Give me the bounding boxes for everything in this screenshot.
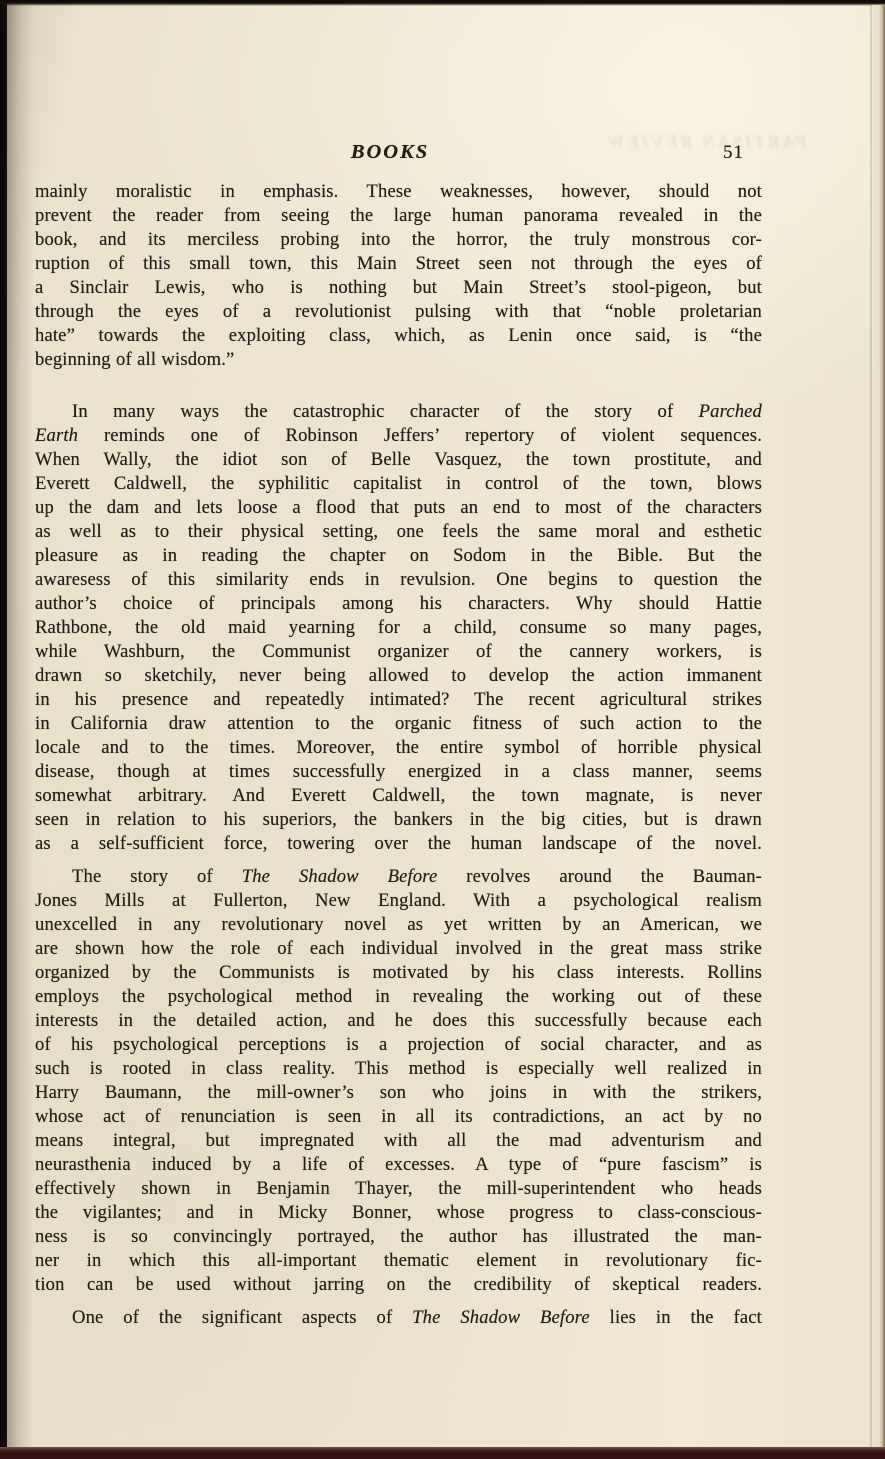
body-text: mainly moralistic in emphasis. These wea… (35, 180, 762, 1330)
text-line: somewhat arbitrary. And Everett Caldwell… (35, 784, 762, 808)
text-line: Harry Baumann, the mill-owner’s son who … (35, 1081, 762, 1105)
text-line: neurasthenia induced by a life of excess… (35, 1153, 762, 1177)
text-line: in his presence and repeatedly intimated… (35, 688, 762, 712)
text-line: pleasure as in reading the chapter on So… (35, 544, 762, 568)
text-line: mainly moralistic in emphasis. These wea… (35, 180, 762, 204)
text-line: of his psychological perceptions is a pr… (35, 1033, 762, 1057)
text-line: book, and its merciless probing into the… (35, 228, 762, 252)
text-line: The story of The Shadow Before revolves … (35, 865, 762, 889)
text-line: are shown how the role of each individua… (35, 937, 762, 961)
text-line: the vigilantes; and in Micky Bonner, who… (35, 1201, 762, 1225)
text-line: in California draw attention to the orga… (35, 712, 762, 736)
page-number: 51 (723, 142, 744, 164)
page-header: BOOKS 51 (35, 141, 762, 169)
paragraph: The story of The Shadow Before revolves … (35, 865, 762, 1297)
book-title-italic: The Shadow Before (242, 866, 438, 887)
text-line: ner in which this all-important thematic… (35, 1249, 762, 1273)
text-line: awaresess of this similarity ends in rev… (35, 568, 762, 592)
page-fore-edge (870, 5, 885, 1448)
paragraph: One of the significant aspects of The Sh… (35, 1306, 762, 1330)
scan-edge-left (0, 0, 7, 1459)
text-line: interests in the detailed action, and he… (35, 1009, 762, 1033)
spine-shadow (7, 0, 34, 1459)
text-line: Everett Caldwell, the syphilitic capital… (35, 472, 762, 496)
text-line: beginning of all wisdom.” (35, 348, 762, 372)
scan-edge-bottom (0, 1447, 885, 1459)
text-line: a Sinclair Lewis, who is nothing but Mai… (35, 276, 762, 300)
text-line: Earth reminds one of Robinson Jeffers’ r… (35, 424, 762, 448)
scanned-book-page: PARTISAN REVIEW BOOKS 51 mainly moralist… (0, 0, 885, 1459)
text-line: locale and to the times. Moreover, the e… (35, 736, 762, 760)
text-line: employs the psychological method in reve… (35, 985, 762, 1009)
text-line: as a self-sufficient force, towering ove… (35, 832, 762, 856)
book-title-italic: The Shadow Before (412, 1307, 590, 1328)
text-line: whose act of renunciation is seen in all… (35, 1105, 762, 1129)
text-line: through the eyes of a revolutionist puls… (35, 300, 762, 324)
text-line: organized by the Communists is motivated… (35, 961, 762, 985)
text-line: seen in relation to his superiors, the b… (35, 808, 762, 832)
scan-edge-top (0, 0, 885, 6)
text-line: prevent the reader from seeing the large… (35, 204, 762, 228)
paragraph: In many ways the catastrophic character … (35, 400, 762, 856)
text-line: while Washburn, the Communist organizer … (35, 640, 762, 664)
text-line: One of the significant aspects of The Sh… (35, 1306, 762, 1330)
text-line: hate” towards the exploiting class, whic… (35, 324, 762, 348)
running-title: BOOKS (35, 141, 745, 164)
text-line: drawn so sketchily, never being allowed … (35, 664, 762, 688)
text-line: unexcelled in any revolutionary novel as… (35, 913, 762, 937)
text-line: up the dam and lets loose a flood that p… (35, 496, 762, 520)
text-line: When Wally, the idiot son of Belle Vasqu… (35, 448, 762, 472)
text-line: Rathbone, the old maid yearning for a ch… (35, 616, 762, 640)
text-line: such is rooted in class reality. This me… (35, 1057, 762, 1081)
text-line: tion can be used without jarring on the … (35, 1273, 762, 1297)
text-line: ruption of this small town, this Main St… (35, 252, 762, 276)
text-line: ness is so convincingly portrayed, the a… (35, 1225, 762, 1249)
text-line: means integral, but impregnated with all… (35, 1129, 762, 1153)
text-line: Jones Mills at Fullerton, New England. W… (35, 889, 762, 913)
text-line: author’s choice of principals among his … (35, 592, 762, 616)
text-line: disease, though at times successfully en… (35, 760, 762, 784)
text-line: as well as to their physical setting, on… (35, 520, 762, 544)
book-title-italic: Parched (699, 401, 762, 422)
book-title-italic: Earth (35, 425, 78, 446)
text-line: In many ways the catastrophic character … (35, 400, 762, 424)
text-line: effectively shown in Benjamin Thayer, th… (35, 1177, 762, 1201)
paragraph: mainly moralistic in emphasis. These wea… (35, 180, 762, 372)
